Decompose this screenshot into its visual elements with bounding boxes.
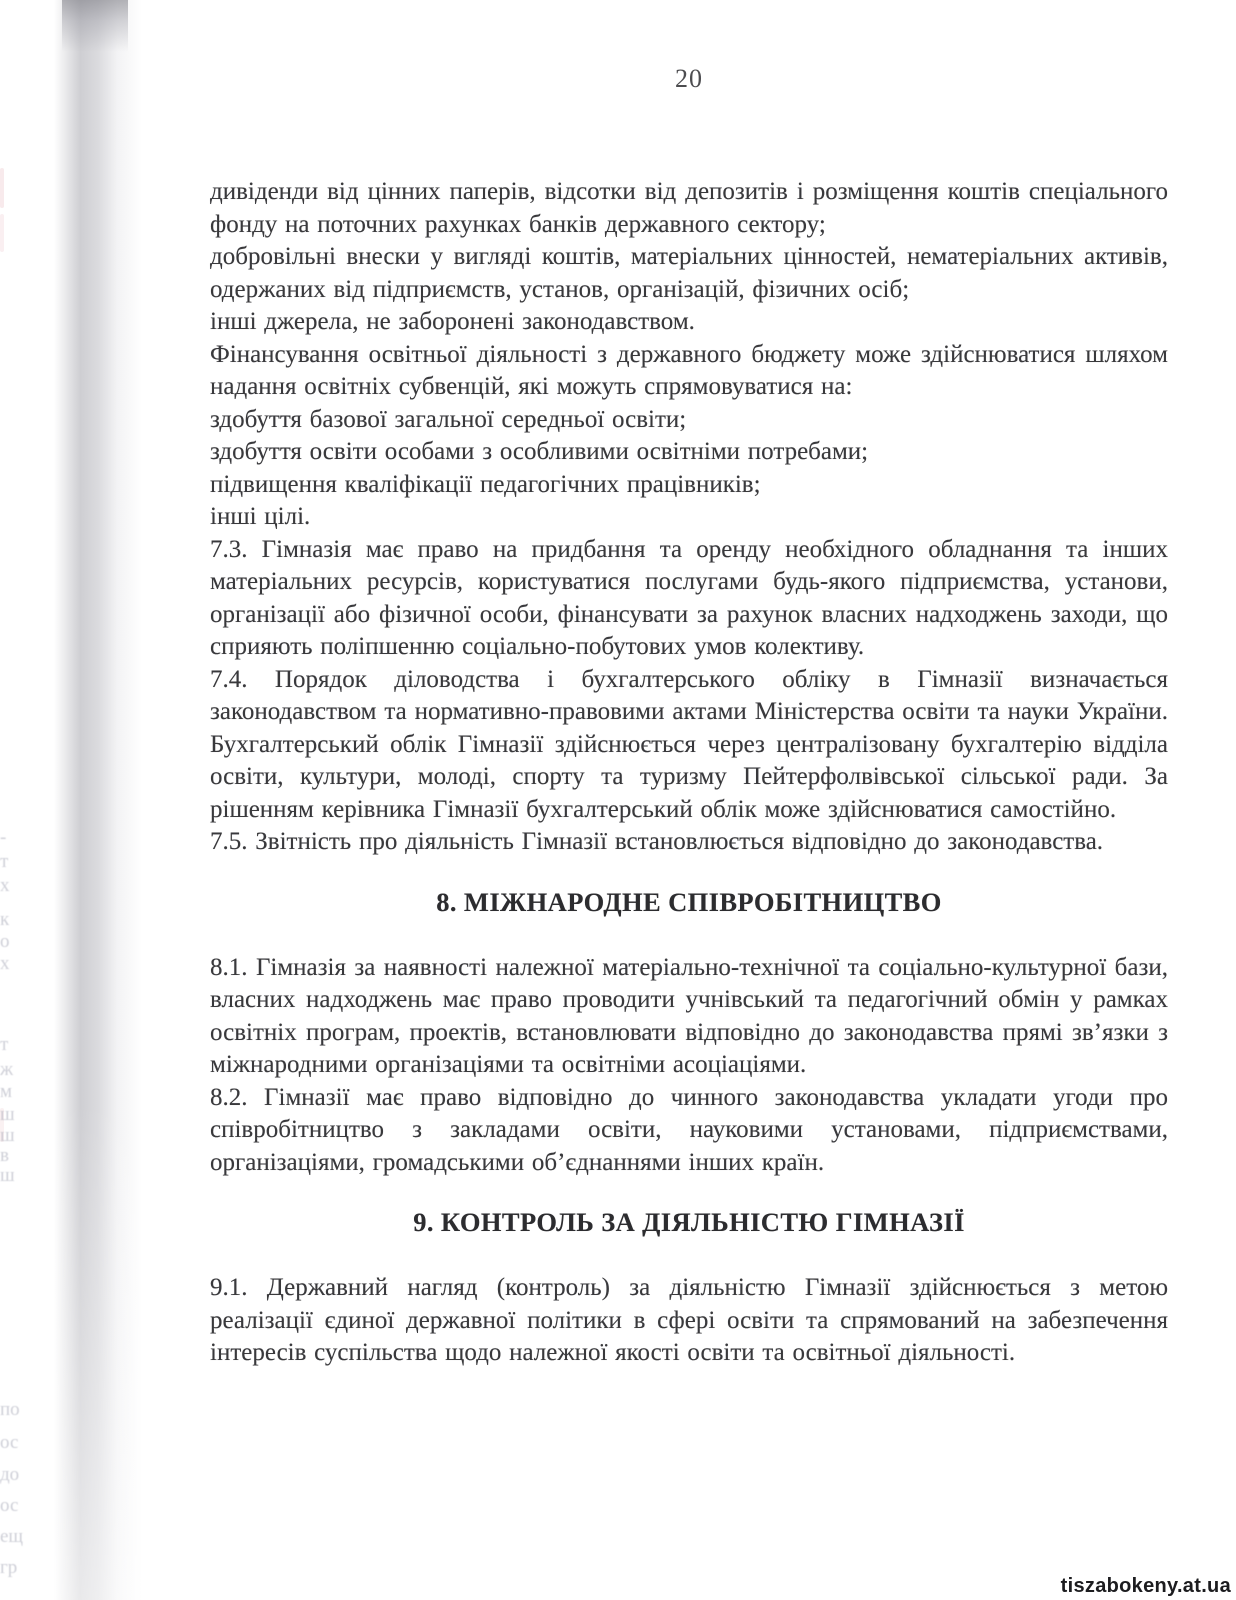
bleed-through-letter: т [0, 852, 8, 871]
paragraph: 8.2. Гімназії має право відповідно до чи… [210, 1082, 1168, 1180]
bleed-through-letter: ш [0, 1126, 15, 1145]
scan-edge-mark [0, 168, 4, 208]
bleed-through-letter: х [0, 876, 10, 895]
bleed-through-letter: к [0, 910, 9, 929]
paragraph: 7.4. Порядок діловодства і бухгалтерсько… [210, 664, 1168, 827]
document-body: дивіденди від цінних паперів, відсотки в… [210, 176, 1168, 1370]
paragraph: 8.1. Гімназія за наявності належної мате… [210, 952, 1168, 1082]
paragraph: інші цілі. [210, 501, 1168, 534]
section-heading: 8. МІЖНАРОДНЕ СПІВРОБІТНИЦТВО [210, 885, 1168, 919]
paragraph: здобуття базової загальної середньої осв… [210, 404, 1168, 437]
bleed-through-letter: до [0, 1465, 19, 1484]
paragraph: Фінансування освітньої діяльності з держ… [210, 339, 1168, 404]
bleed-through-letter: в [0, 1146, 9, 1165]
scan-binding-shadow-fade [40, 1100, 160, 1600]
bleed-through-letter: ос [0, 1433, 18, 1452]
section-heading: 9. КОНТРОЛЬ ЗА ДІЯЛЬНІСТЮ ГІМНАЗІЇ [210, 1205, 1168, 1239]
scan-binding-shadow-top [62, 0, 128, 52]
bleed-through-letter: ос [0, 1496, 18, 1515]
bleed-through-letter: ш [0, 1166, 15, 1185]
bleed-through-letter: т [0, 1035, 8, 1054]
paragraph: добровільні внески у вигляді коштів, мат… [210, 241, 1168, 306]
page-number: 20 [210, 64, 1168, 94]
bleed-through-letter: ещ [0, 1527, 23, 1546]
paragraph: 7.5. Звітність про діяльність Гімназії в… [210, 826, 1168, 859]
paragraph: дивіденди від цінних паперів, відсотки в… [210, 176, 1168, 241]
site-watermark: tiszabokeny.at.ua [1061, 1575, 1231, 1598]
paragraph: інші джерела, не заборонені законодавств… [210, 306, 1168, 339]
bleed-through-letter: по [0, 1400, 20, 1419]
scan-edge-mark [0, 1108, 4, 1142]
paragraph: 9.1. Державний нагляд (контроль) за діял… [210, 1272, 1168, 1370]
scanned-document-page: -тхкохтжмшшвшпоосдоосещгр 20 дивіденди в… [0, 0, 1236, 1600]
bleed-through-letter: гр [0, 1558, 17, 1577]
bleed-through-letter: х [0, 954, 10, 973]
paragraph: здобуття освіти особами з особливими осв… [210, 436, 1168, 469]
scan-binding-shadow [54, 0, 142, 1600]
scan-edge-mark [0, 214, 4, 252]
paragraph: підвищення кваліфікації педагогічних пра… [210, 469, 1168, 502]
bleed-through-letter: м [0, 1082, 12, 1101]
scan-speck-mark: ’ [828, 378, 835, 401]
bleed-through-letter: - [0, 828, 6, 847]
bleed-through-letter: о [0, 932, 10, 951]
paragraph: 7.3. Гімназія має право на придбання та … [210, 534, 1168, 664]
bleed-through-letter: ш [0, 1105, 15, 1124]
bleed-through-letter: ж [0, 1060, 13, 1079]
